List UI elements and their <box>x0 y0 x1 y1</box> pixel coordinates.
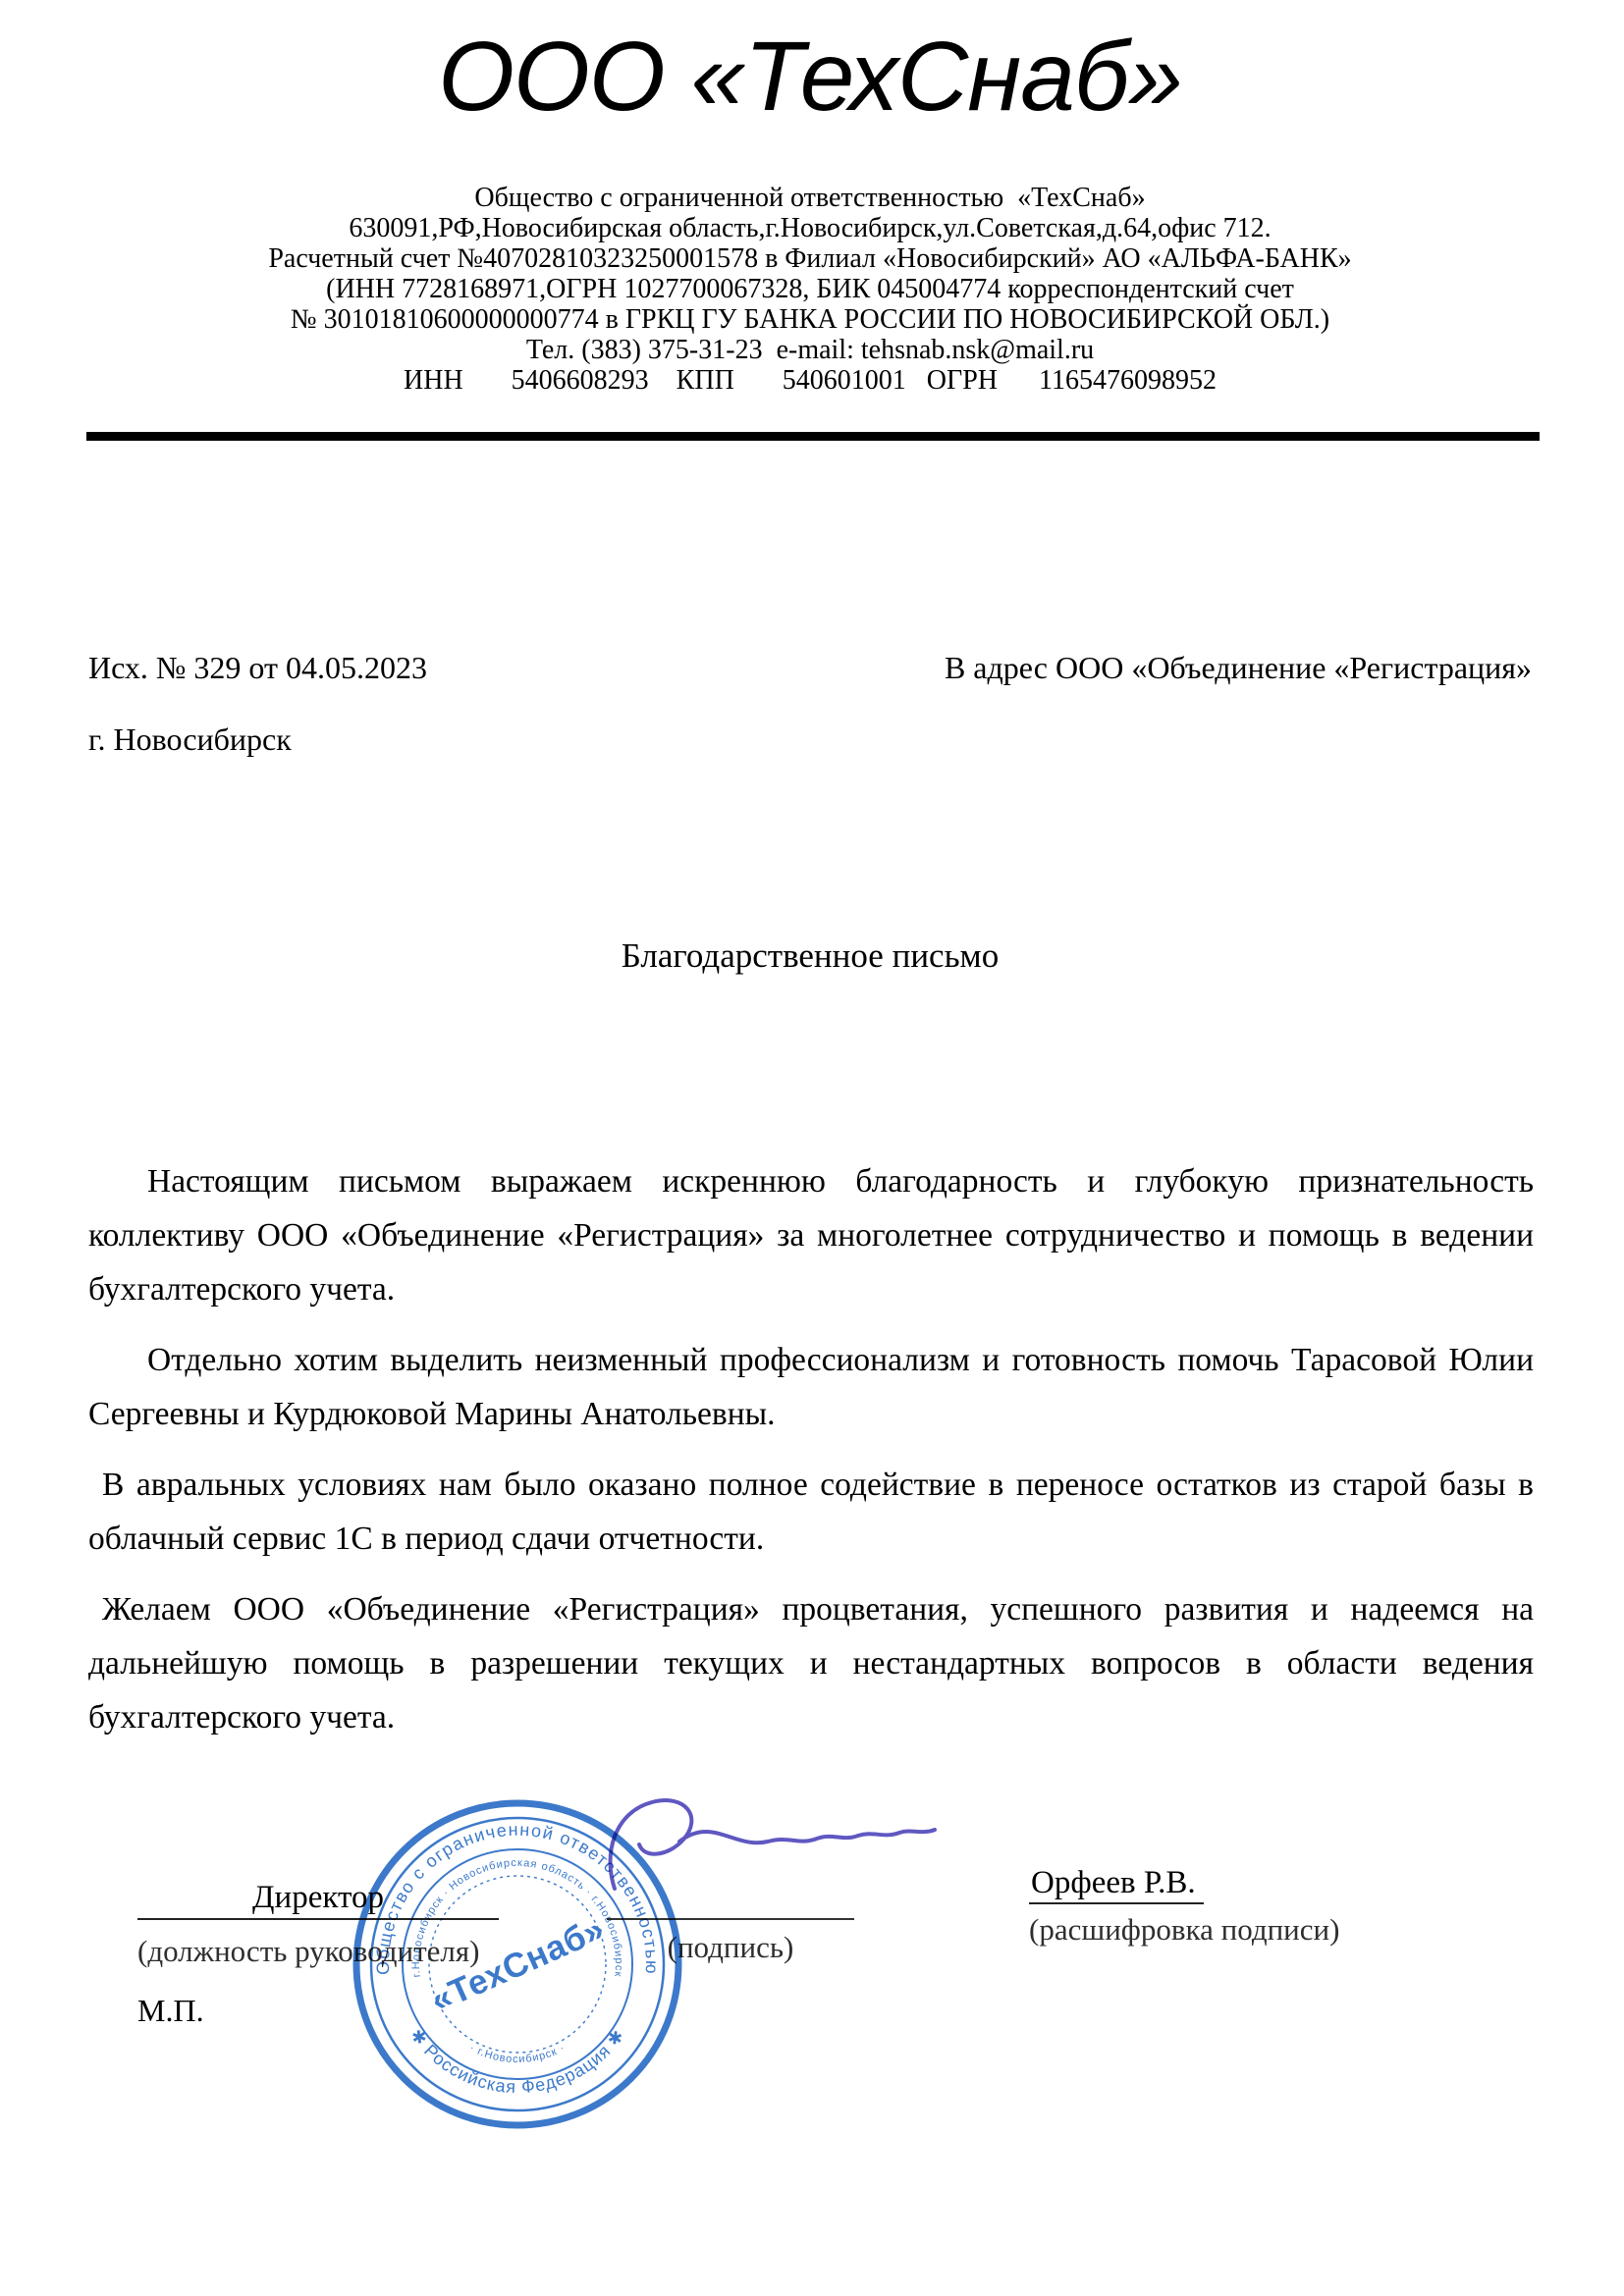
company-title: ООО «ТехСнаб» <box>88 24 1532 130</box>
paragraph: Настоящим письмом выражаем искреннюю бла… <box>88 1154 1534 1316</box>
company-info-line: (ИНН 7728168971,ОГРН 1027700067328, БИК … <box>88 274 1532 304</box>
divider-rule <box>86 432 1540 441</box>
company-info-line: 630091,РФ,Новосибирская область,г.Новоси… <box>88 213 1532 243</box>
letter-heading: Благодарственное письмо <box>88 934 1532 978</box>
company-info-block: Общество с ограниченной ответственностью… <box>88 183 1532 396</box>
paragraph: Желаем ООО «Объединение «Регистрация» пр… <box>88 1582 1534 1744</box>
signee-caption: (расшифровка подписи) <box>1029 1912 1402 1948</box>
signee-block: Орфеев Р.В. (расшифровка подписи) <box>1029 1863 1402 1948</box>
outgoing-number: Исх. № 329 от 04.05.2023 <box>88 648 427 687</box>
company-info-line: ИНН 5406608293 КПП 540601001 ОГРН 116547… <box>88 365 1532 396</box>
paragraph: Отдельно хотим выделить неизменный профе… <box>88 1333 1534 1441</box>
company-info-line: Расчетный счет №40702810323250001578 в Ф… <box>88 243 1532 274</box>
signee-name: Орфеев Р.В. <box>1029 1863 1204 1904</box>
city-line: г. Новосибирск <box>88 720 292 759</box>
company-info-line: Тел. (383) 375-31-23 e-mail: tehsnab.nsk… <box>88 335 1532 365</box>
addressee: В адрес ООО «Объединение «Регистрация» <box>945 648 1532 687</box>
company-info-line: № 30101810600000000774 в ГРКЦ ГУ БАНКА Р… <box>88 304 1532 335</box>
company-stamp: Общество с ограниченной ответственностью… <box>331 1778 704 2151</box>
letter-page: ООО «ТехСнаб» Общество с ограниченной от… <box>0 0 1624 2296</box>
stamp-center-text: «ТехСнаб» <box>425 1909 611 2020</box>
paragraph: В авральных условиях нам было оказано по… <box>88 1458 1534 1566</box>
company-info-line: Общество с ограниченной ответственностью… <box>88 183 1532 213</box>
reference-row: Исх. № 329 от 04.05.2023 В адрес ООО «Об… <box>88 648 1532 687</box>
letter-body: Настоящим письмом выражаем искреннюю бла… <box>88 1154 1534 1761</box>
